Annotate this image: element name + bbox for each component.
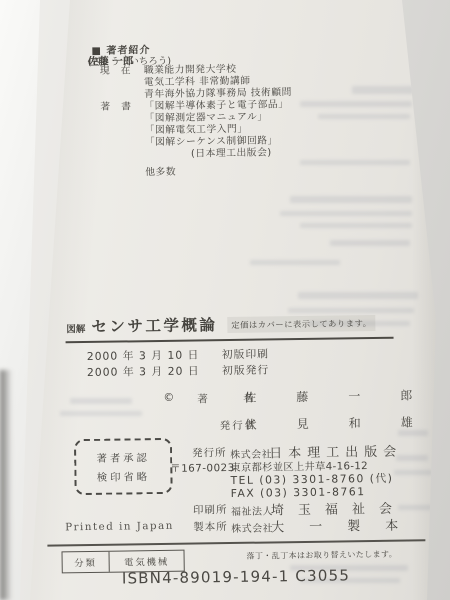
row-text: 他多数: [145, 167, 176, 179]
book-photo: ■ 著者紹介 佐藤 一郎 (さとう・いちろう) 現 在職業能力開発大学校 電気工…: [0, 0, 450, 600]
stamp-line-1: 著者承認: [96, 449, 149, 465]
row-text: 「図解測定器マニュアル」: [144, 111, 267, 125]
issue-date-line: 2000 年 3 月 20 日 初版発行: [87, 362, 269, 380]
category-label-cell: 分類: [63, 552, 109, 573]
stamp-line-2: 検印省略: [97, 468, 150, 484]
isbn-code: ISBN4-89019-194-1 C3055: [122, 566, 350, 587]
binder-name: 大一製本: [271, 514, 423, 535]
author-intro-rows: 現 在職業能力開発大学校 電気工学科 非常勤講師 青年海外協力隊事務局 技術顧問…: [100, 62, 362, 180]
postal-code: 〒167-0023: [170, 459, 235, 475]
row-text: (日本理工出版会): [191, 147, 272, 160]
print-edition-label: 初版印刷: [222, 347, 269, 361]
row-label: 現 在: [100, 65, 144, 78]
row-label: [100, 89, 144, 102]
printer-type: 福祉法人: [231, 502, 273, 518]
printer-label: 印刷所: [193, 502, 228, 517]
author-intro-row: (日本理工出版会): [101, 146, 361, 162]
print-date: 2000 年 3 月 10 日: [87, 348, 200, 363]
issue-edition-label: 初版発行: [222, 363, 269, 377]
copyright-icon: ©: [163, 391, 174, 404]
row-label: [101, 149, 145, 162]
price-note: 定価はカバーに表示してあります。: [227, 315, 375, 333]
approval-stamp-box: 著者承認 検印省略: [74, 438, 173, 495]
title-row: 図解 センサ工学概論 定価はカバーに表示してあります。: [66, 311, 375, 337]
row-label: [101, 137, 145, 150]
printed-in-japan: Printed in Japan: [65, 520, 174, 534]
footer-divider: [47, 539, 425, 546]
binder-type: 株式会社: [231, 519, 273, 535]
title-divider: [66, 337, 394, 343]
colophon-author-name: 佐藤一郎: [244, 386, 450, 406]
issue-date: 2000 年 3 月 20 日: [87, 364, 200, 379]
replacement-note: 落丁・乱丁本はお取り替えいたします。: [247, 549, 398, 562]
series-prefix: 図解: [66, 321, 85, 335]
row-label: 著 書: [100, 101, 144, 114]
row-label: [100, 113, 144, 126]
publisher-name: 伏見和雄: [245, 413, 450, 433]
colophon-content: ■ 著者紹介 佐藤 一郎 (さとう・いちろう) 現 在職業能力開発大学校 電気工…: [0, 0, 450, 600]
row-label: [101, 167, 145, 180]
author-intro-row: 他多数: [101, 164, 361, 180]
binder-label: 製本所: [193, 519, 228, 534]
print-date-line: 2000 年 3 月 10 日 初版印刷: [87, 346, 269, 364]
row-label: [100, 77, 144, 90]
book-edge-shadow: [0, 370, 12, 600]
row-label: [101, 125, 145, 138]
book-title: センサ工学概論: [91, 313, 217, 337]
colophon-page: ■ 著者紹介 佐藤 一郎 (さとう・いちろう) 現 在職業能力開発大学校 電気工…: [0, 0, 450, 600]
